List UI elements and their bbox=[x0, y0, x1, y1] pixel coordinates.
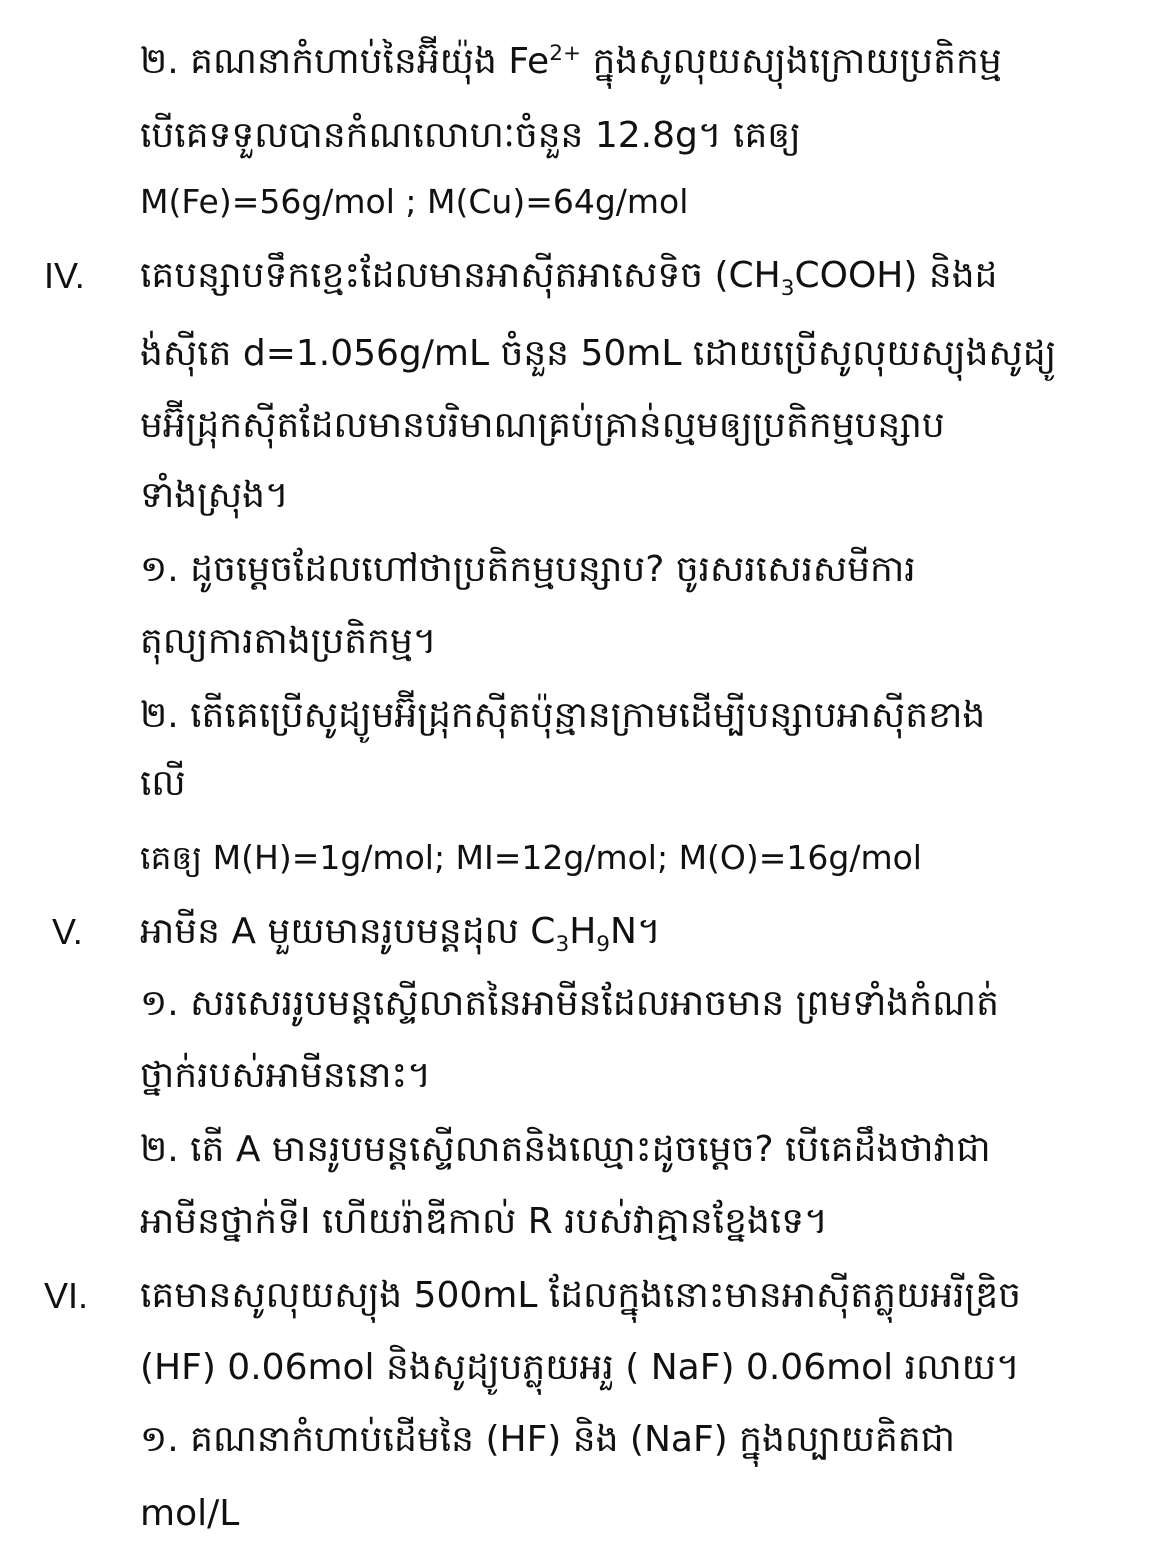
given-molar-masses-line: គេឲ្យ M(H)=1g/mol; MI=12g/mol; M(O)=16g/… bbox=[140, 828, 922, 888]
section-marker-vi: VI. bbox=[44, 1266, 88, 1326]
molar-masses-line: M(Fe)=56g/mol ; M(Cu)=64g/mol bbox=[140, 172, 688, 232]
text-segment: ក្នុងសូលុយស្យុងក្រោយប្រតិកម្ម bbox=[581, 41, 1002, 82]
section-iv-line-4: ទាំងស្រុង។ bbox=[140, 466, 289, 526]
question-5-1-line-2: ថ្នាក់របស់អាមីននោះ។ bbox=[140, 1046, 431, 1106]
text-segment: គេបន្សាបទឹកខ្មេះដែលមានអាស៊ីតអាសេទិច (CH bbox=[140, 255, 781, 296]
text-segment: N។ bbox=[610, 911, 661, 952]
subscript: 3 bbox=[555, 932, 569, 957]
section-iv-line-1: គេបន្សាបទឹកខ្មេះដែលមានអាស៊ីតអាសេទិច (CH3… bbox=[140, 246, 997, 306]
question-3-2-line-1: ២. គណនាកំហាប់នៃអ៊ីយ៉ុង Fe2+ ក្នុងសូលុយស្… bbox=[140, 32, 1002, 92]
section-iv-line-2: ង់ស៊ីតេ d=1.056g/mL ចំនួន 50mL ដោយប្រើសូ… bbox=[140, 324, 1056, 384]
question-3-2-line-2: បើគេទទួលបានកំណលោហៈចំនួន 12.8g។ គេឲ្យ bbox=[140, 106, 801, 166]
question-4-1-line-2: តុល្យការតាងប្រតិកម្ម។ bbox=[140, 612, 437, 672]
text-segment: H bbox=[569, 911, 596, 952]
text-segment: អាមីន A មួយមានរូបមន្តដុល C bbox=[140, 911, 555, 952]
text-segment: ២. គណនាកំហាប់នៃអ៊ីយ៉ុង Fe bbox=[140, 41, 549, 82]
question-6-1-line-2: mol/L bbox=[140, 1484, 239, 1544]
question-5-2-line-2: អាមីនថ្នាក់ទីI ហើយរ៉ាឌីកាល់ R របស់វាគ្មា… bbox=[140, 1192, 828, 1252]
superscript-charge: 2+ bbox=[549, 41, 581, 66]
question-4-1-line-1: ១. ដូចម្តេចដែលហៅថាប្រតិកម្មបន្សាប? ចូរសរ… bbox=[140, 540, 916, 600]
subscript: 3 bbox=[781, 276, 795, 301]
question-6-1-line-1: ១. គណនាកំហាប់ដើមនៃ (HF) និង (NaF) ក្នុងល… bbox=[140, 1410, 955, 1470]
section-vi-line-2: (HF) 0.06mol និងសូដ្យូបភ្លុយអរួ ( NaF) 0… bbox=[140, 1338, 1020, 1398]
question-4-2-line-1: ២. តើគេប្រើសូដ្យូមអ៊ីដ្រុកស៊ីតប៉ុន្មានក្… bbox=[140, 686, 985, 746]
subscript: 9 bbox=[596, 932, 610, 957]
question-5-1-line-1: ១. សរសេររូបមន្តស្ទើលាតនៃអាមីនដែលអាចមាន ព… bbox=[140, 974, 999, 1034]
section-marker-v: V. bbox=[52, 902, 83, 962]
section-vi-line-1: គេមានសូលុយស្យុង 500mL ដែលក្នុងនោះមានអាស៊… bbox=[140, 1266, 1021, 1326]
question-4-2-line-2: លើ bbox=[140, 754, 186, 814]
section-iv-line-3: មអ៊ីដ្រុកស៊ីតដែលមានបរិមាណគ្រប់គ្រាន់ល្មម… bbox=[140, 396, 945, 456]
text-segment: COOH) និងដ bbox=[794, 255, 997, 296]
question-5-2-line-1: ២. តើ A មានរូបមន្តស្ទើលាតនិងឈ្មោះដូចម្តេ… bbox=[140, 1120, 991, 1180]
section-marker-iv: IV. bbox=[44, 246, 85, 306]
section-v-line-1: អាមីន A មួយមានរូបមន្តដុល C3H9N។ bbox=[140, 902, 661, 962]
